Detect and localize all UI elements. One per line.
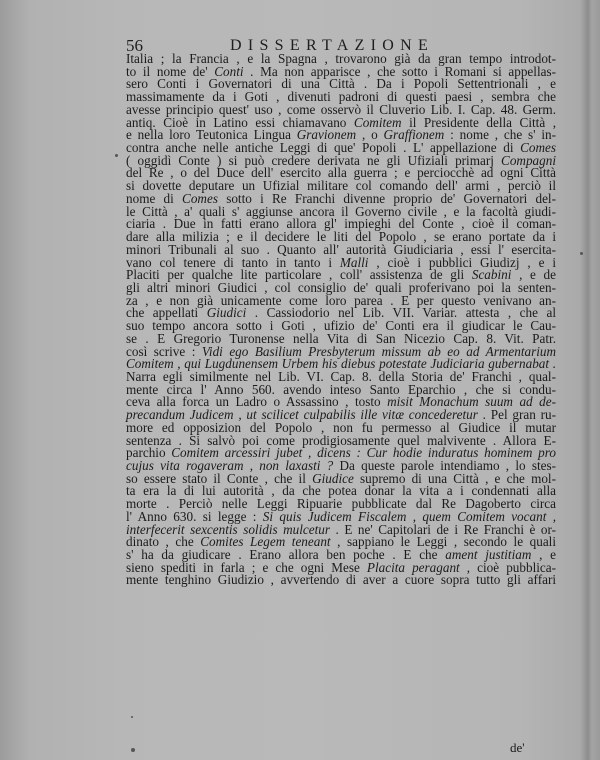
catchword: de' bbox=[510, 740, 525, 756]
paper-speck bbox=[115, 154, 118, 157]
book-page: 56 DISSERTAZIONE Italia ; la Francia , e… bbox=[0, 0, 600, 760]
paper-speck bbox=[131, 748, 135, 752]
text-run: mente tenghino Giudizio , avvertendo di … bbox=[126, 572, 556, 587]
body-text: Italia ; la Francia , e la Spagna , trov… bbox=[126, 53, 556, 587]
paper-speck bbox=[580, 252, 583, 255]
paper-speck bbox=[131, 716, 133, 718]
text-line: mente tenghino Giudizio , avvertendo di … bbox=[126, 574, 556, 587]
